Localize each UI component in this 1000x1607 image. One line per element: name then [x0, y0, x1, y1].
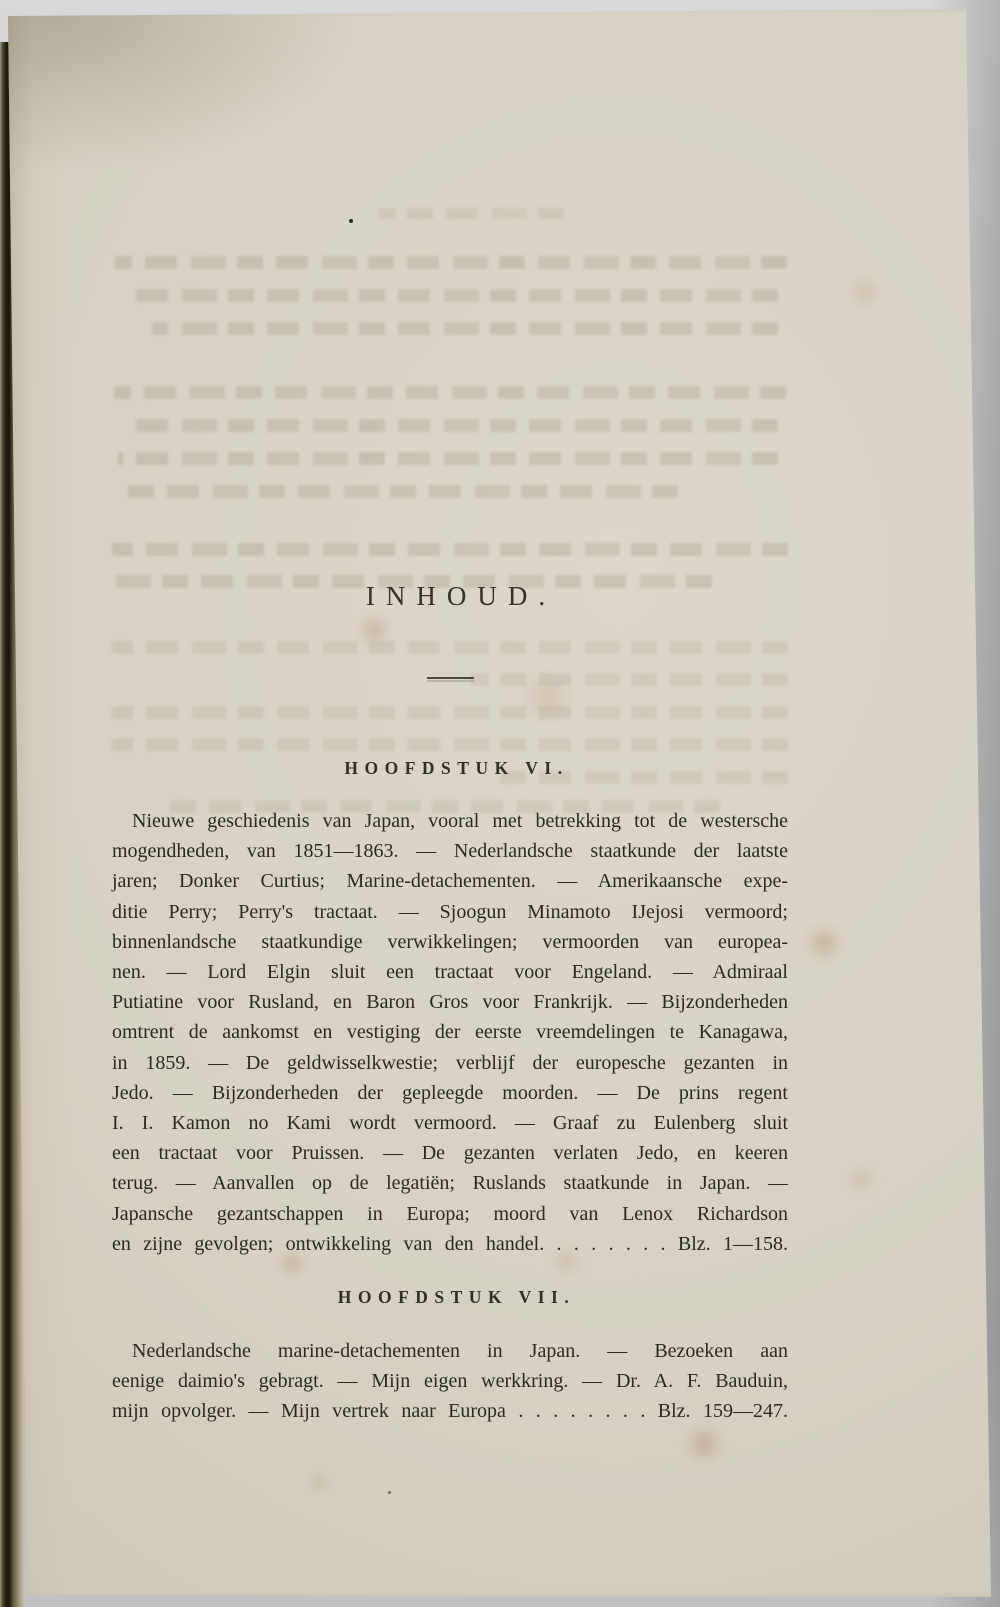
- chapter-vi-summary: Nieuwe geschiedenis van Japan, vooral me…: [112, 806, 788, 1259]
- toc-line: omtrent de aankomst en vestiging der eer…: [112, 1017, 788, 1047]
- toc-line: mogendheden, van 1851—1863. — Nederlands…: [112, 836, 788, 866]
- chapter-vii-summary: Nederlandsche marine-detachementen in Ja…: [112, 1336, 788, 1427]
- bleedthrough-line: [118, 452, 778, 465]
- bleedthrough-line: [470, 673, 788, 686]
- title-divider-rule: [427, 677, 474, 679]
- bleedthrough-line: [130, 289, 778, 302]
- book-page: INHOUD. HOOFDSTUK VI. Nieuwe geschiedeni…: [0, 0, 1000, 1607]
- toc-line: Nieuwe geschiedenis van Japan, vooral me…: [112, 806, 788, 836]
- bleedthrough-line: [118, 485, 678, 498]
- bleedthrough-line: [114, 386, 786, 399]
- toc-line: nen. — Lord Elgin sluit een tractaat voo…: [112, 957, 788, 987]
- stain: [355, 614, 393, 646]
- toc-line: in 1859. — De geldwisselkwestie; verblij…: [112, 1048, 788, 1078]
- stain: [515, 672, 579, 722]
- toc-line: en zijne gevolgen; ontwikkeling van den …: [112, 1229, 788, 1259]
- bleedthrough-line: [115, 256, 787, 269]
- ink-speck: [349, 219, 353, 223]
- stain: [845, 1165, 879, 1193]
- toc-line: Japansche gezantschappen in Europa; moor…: [112, 1199, 788, 1229]
- toc-line: een tractaat voor Pruissen. — De gezante…: [112, 1138, 788, 1168]
- stain: [845, 275, 885, 309]
- bleedthrough-line: [126, 419, 778, 432]
- bleedthrough-line: [112, 706, 788, 719]
- toc-line: Nederlandsche marine-detachementen in Ja…: [112, 1336, 788, 1366]
- stain: [802, 925, 846, 961]
- toc-line: Putiatine voor Rusland, en Baron Gros vo…: [112, 987, 788, 1017]
- toc-line: binnenlandsche staatkundige verwikkeling…: [112, 927, 788, 957]
- toc-line: Jedo. — Bijzonderheden der gepleegde moo…: [112, 1078, 788, 1108]
- toc-line: jaren; Donker Curtius; Marine-detachemen…: [112, 866, 788, 896]
- toc-line: mijn opvolger. — Mijn vertrek naar Europ…: [112, 1396, 788, 1426]
- bleedthrough-line: [112, 543, 788, 556]
- bleedthrough-line: [152, 322, 778, 335]
- toc-line: terug. — Aanvallen op de legatiën; Rusla…: [112, 1168, 788, 1198]
- chapter-heading-vii: HOOFDSTUK VII.: [112, 1287, 795, 1308]
- chapter-heading-vi: HOOFDSTUK VI.: [112, 758, 795, 779]
- ink-speck: [388, 1491, 391, 1494]
- toc-line: I. I. Kamon no Kami wordt vermoord. — Gr…: [112, 1108, 788, 1138]
- bleedthrough-line: [112, 738, 788, 751]
- stain: [305, 1470, 333, 1494]
- bleedthrough-title: [378, 208, 564, 219]
- bleedthrough-line: [112, 641, 788, 654]
- stain: [680, 1425, 728, 1463]
- toc-line: ditie Perry; Perry's tractaat. — Sjoogun…: [112, 897, 788, 927]
- page-title: INHOUD.: [112, 581, 799, 612]
- toc-line: eenige daimio's gebragt. — Mijn eigen we…: [112, 1366, 788, 1396]
